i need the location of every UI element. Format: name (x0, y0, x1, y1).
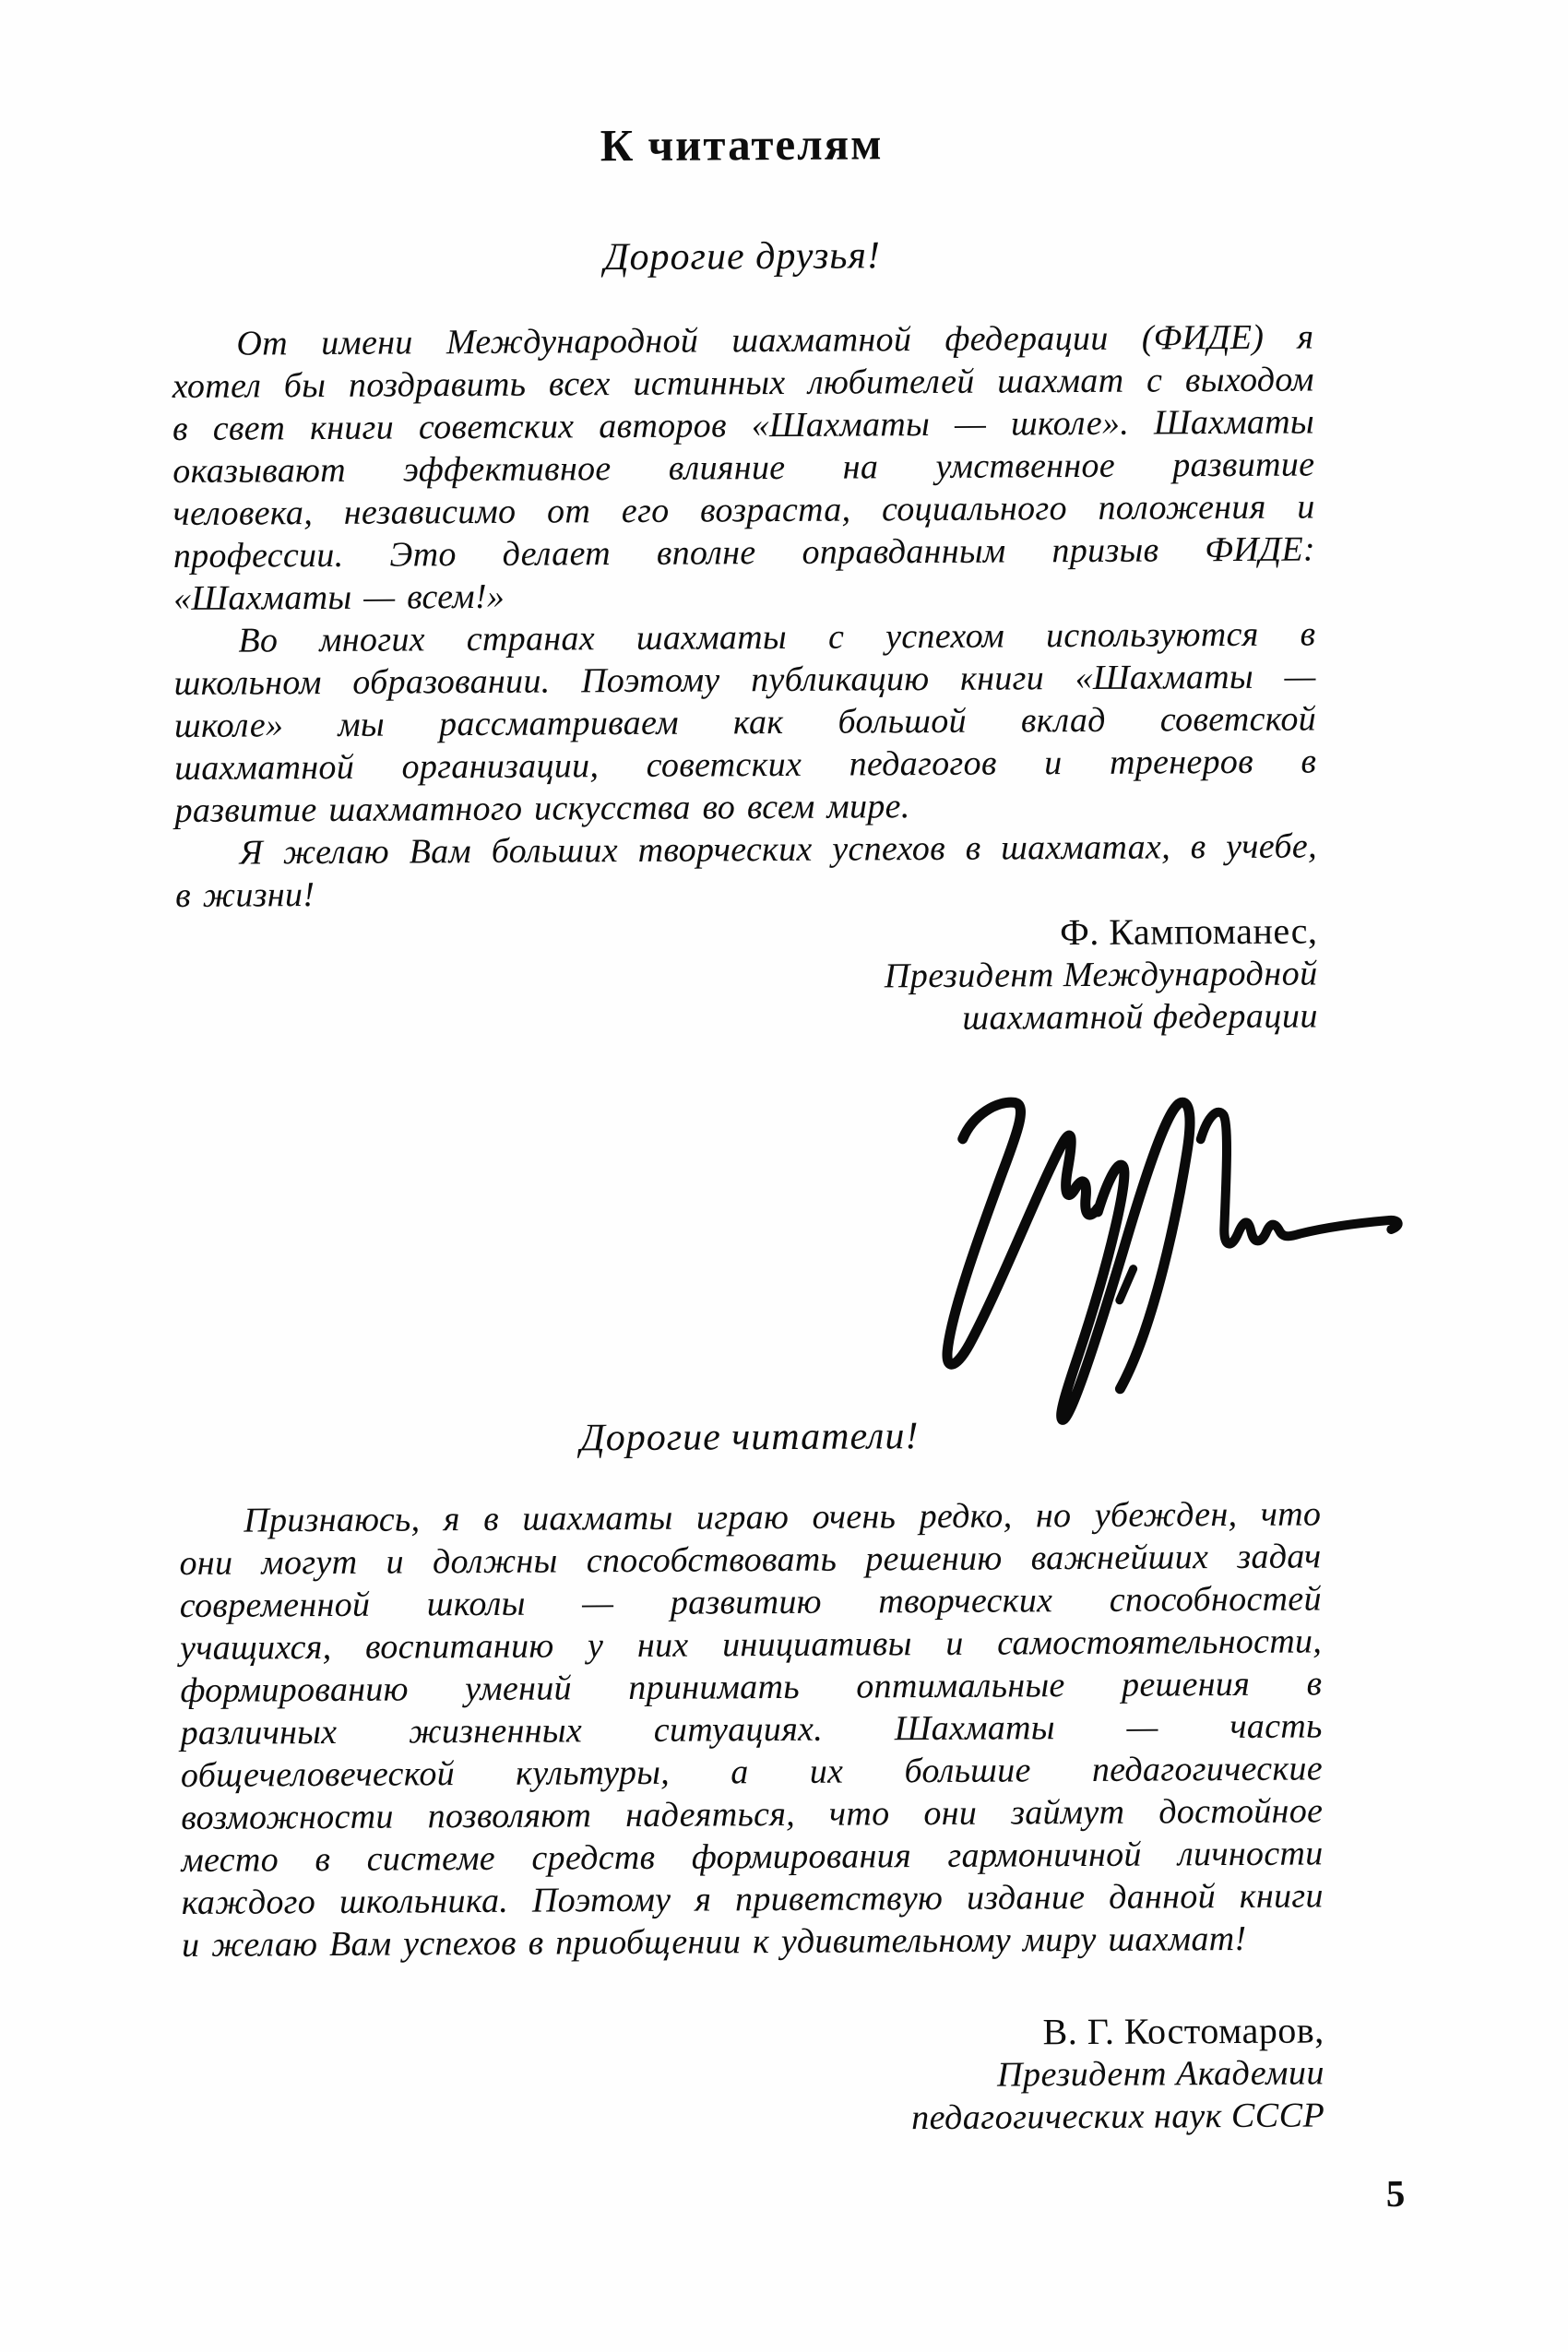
text-line: Признаюсь, я в шахматы играю очень редко… (179, 1492, 1321, 1542)
paragraph: Признаюсь, я в шахматы играю очень редко… (179, 1492, 1324, 1966)
text-line: возможности позволяют надеяться, что они… (181, 1789, 1323, 1839)
text-line: человека, независимо от его возраста, со… (172, 485, 1314, 535)
scanned-content: К читателям Дорогие друзья! От имени Меж… (0, 0, 1568, 2352)
page-title: К читателям (171, 114, 1313, 174)
paragraph: Я желаю Вам больших творческих успехов в… (175, 825, 1318, 917)
text-line: они могут и должны способствовать решени… (179, 1535, 1321, 1585)
signature-name: Ф. Кампоманес, (175, 909, 1317, 959)
text-line: каждого школьника. Поэтому я приветствую… (182, 1874, 1324, 1924)
signature-name: В. Г. Костомаров, (183, 2009, 1324, 2059)
handwritten-signature (875, 1048, 1441, 1448)
text-line: в жизни! (175, 867, 1317, 917)
text-line: От имени Международной шахматной федерац… (172, 315, 1313, 365)
salutation-readers: Дорогие читатели! (179, 1411, 1321, 1463)
text-line: школе» мы рассматриваем как большой вкла… (174, 697, 1316, 747)
text-line: место в системе средств формирования гар… (181, 1832, 1323, 1882)
signature-title-line: Президент Международной (176, 952, 1318, 1002)
signature-block: В. Г. Костомаров, Президент Академии пед… (183, 2009, 1325, 2144)
text-line: учащихся, воспитанию у них инициативы и … (180, 1620, 1322, 1669)
salutation-friends: Дорогие друзья! (172, 231, 1313, 282)
text-line: оказывают эффективное влияние на умствен… (172, 443, 1314, 493)
paragraph: От имени Международной шахматной федерац… (172, 315, 1315, 620)
paragraph: Во многих странах шахматы с успехом испо… (173, 612, 1316, 832)
text-line: школьном образовании. Поэтому публикацию… (174, 655, 1316, 705)
book-page: К читателям Дорогие друзья! От имени Меж… (0, 0, 1568, 2352)
text-line: Во многих странах шахматы с успехом испо… (173, 612, 1315, 662)
text-line: профессии. Это делает вполне оправданным… (173, 528, 1315, 577)
text-line: развитие шахматного искусства во всем ми… (174, 782, 1316, 832)
text-line: формированию умений принимать оптимальны… (180, 1662, 1322, 1712)
text-line: различных жизненных ситуациях. Шахматы —… (181, 1705, 1323, 1754)
text-line: и желаю Вам успехов в приобщении к удиви… (182, 1917, 1324, 1966)
text-line: Я желаю Вам больших творческих успехов в… (175, 825, 1317, 874)
text-line: современной школы — развитию творческих … (180, 1577, 1322, 1627)
page-number: 5 (1386, 2171, 1406, 2215)
signature-title-line: шахматной федерации (176, 994, 1318, 1044)
text-line: в свет книги советских авторов «Шахматы … (172, 400, 1314, 450)
text-line: «Шахматы — всем!» (173, 570, 1315, 620)
text-line: шахматной организации, советских педагог… (174, 740, 1316, 790)
signature-block: Ф. Кампоманес, Президент Международной ш… (175, 909, 1318, 1044)
signature-title-line: Президент Академии (183, 2051, 1324, 2101)
signature-title-line: педагогических наук СССР (183, 2094, 1324, 2144)
text-line: хотел бы поздравить всех истинных любите… (172, 358, 1314, 408)
text-line: общечеловеческой культуры, а их большие … (181, 1747, 1323, 1797)
